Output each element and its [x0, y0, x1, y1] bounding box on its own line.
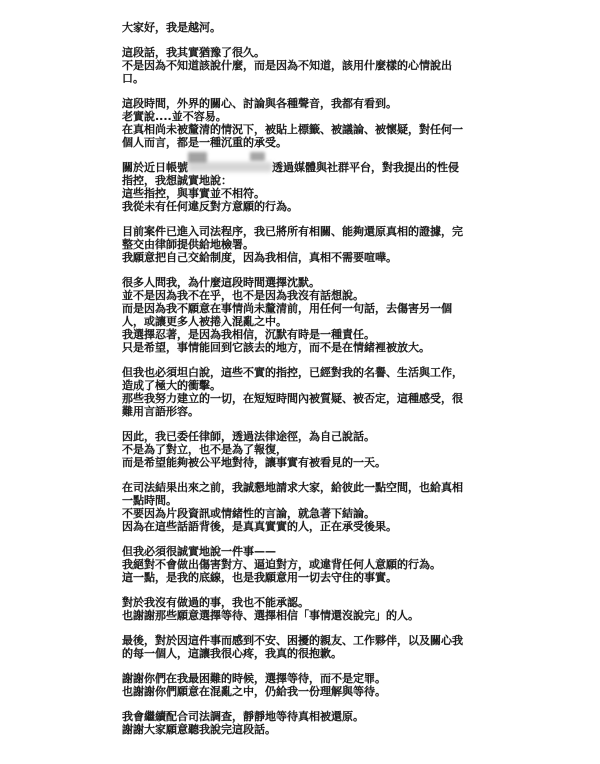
text-line: 因此，我已委任律師，透過法律途徑，為自己說話。: [122, 430, 482, 443]
text-line: 口。: [122, 72, 482, 85]
text-line: 也謝謝那些願意選擇等待、選擇相信「事情還沒說完」的人。: [122, 609, 482, 622]
text-line: 造成了極大的衝擊。: [122, 379, 482, 392]
text-line: 一點時間。: [122, 494, 482, 507]
text-line: 指控，我想誠實地說：: [122, 174, 482, 187]
paragraph-8: 因此，我已委任律師，透過法律途徑，為自己說話。不是為了對立，也不是為了報復，而是…: [122, 430, 482, 469]
statement-document: 大家好，我是越河。這段話，我其實猶豫了很久。不是因為不知道該說什麼，而是因為不知…: [0, 0, 600, 764]
paragraph-9: 在司法結果出來之前，我誠懇地請求大家，給彼此一點空間，也給真相一點時間。不要因為…: [122, 481, 482, 533]
text-line: 而是希望能夠被公平地對待，讓事實有被看見的一天。: [122, 456, 482, 469]
text-line: 個人而言，都是一種沉重的承受。: [122, 136, 482, 149]
text-line: 不是因為不知道該說什麼，而是因為不知道，該用什麼樣的心情說出: [122, 59, 482, 72]
paragraph-2: 這段話，我其實猶豫了很久。不是因為不知道該說什麼，而是因為不知道，該用什麼樣的心…: [122, 46, 482, 85]
text-line: 關於近日帳號透過媒體與社群平台，對我提出的性侵: [122, 161, 482, 174]
text-line: 謝謝大家願意聽我說完這段話。: [122, 723, 482, 736]
text-line: 這些指控，與事實並不相符。: [122, 187, 482, 200]
text-line: 對於我沒有做過的事，我也不能承認。: [122, 596, 482, 609]
paragraph-1: 大家好，我是越河。: [122, 21, 482, 34]
text-line: 難用言語形容。: [122, 405, 482, 418]
text-line: 我會繼續配合司法調查，靜靜地等待真相被還原。: [122, 710, 482, 723]
text-line: 大家好，我是越河。: [122, 21, 482, 34]
statement-text: 大家好，我是越河。這段話，我其實猶豫了很久。不是因為不知道該說什麼，而是因為不知…: [122, 21, 482, 748]
text-line: 我選擇忍著，是因為我相信，沉默有時是一種責任。: [122, 328, 482, 341]
text-line: 而是因為我不願意在事情尚未釐清前，用任何一句話，去傷害另一個: [122, 302, 482, 315]
text-line: 不要因為片段資訊或情緒性的言論，就急著下結論。: [122, 507, 482, 520]
text-line: 的每一個人，這讓我很心疼，我真的很抱歉。: [122, 647, 482, 660]
paragraph-11: 對於我沒有做過的事，我也不能承認。也謝謝那些願意選擇等待、選擇相信「事情還沒說完…: [122, 596, 482, 622]
paragraph-6: 很多人問我，為什麼這段時間選擇沈默。並不是因為我不在乎，也不是因為我沒有話想說。…: [122, 276, 482, 354]
paragraph-13: 謝謝你們在我最困難的時候，選擇等待，而不是定罪。也謝謝你們願意在混亂之中，仍給我…: [122, 672, 482, 698]
paragraph-3: 這段時間，外界的關心、討論與各種聲音，我都有看到。老實說....並不容易。在真相…: [122, 97, 482, 149]
text-line: 只是希望，事情能回到它該去的地方，而不是在情緒裡被放大。: [122, 341, 482, 354]
text-line: 最後，對於因這件事而感到不安、困擾的親友、工作夥伴，以及關心我: [122, 634, 482, 647]
paragraph-14: 我會繼續配合司法調查，靜靜地等待真相被還原。謝謝大家願意聽我說完這段話。: [122, 710, 482, 736]
redacted-account-name: [188, 161, 272, 172]
text-line: 我願意把自己交給制度，因為我相信，真相不需要喧嘩。: [122, 251, 482, 264]
text-line: 那些我努力建立的一切，在短短時間內被質疑、被否定，這種感受，很: [122, 392, 482, 405]
blur-smear: [188, 162, 272, 172]
text-line: 這一點，是我的底線，也是我願意用一切去守住的事實。: [122, 571, 482, 584]
text-line: 不是為了對立，也不是為了報復，: [122, 443, 482, 456]
text-line: 但我也必須坦白說，這些不實的指控，已經對我的名譽、生活與工作，: [122, 366, 482, 379]
text-line: 這段時間，外界的關心、討論與各種聲音，我都有看到。: [122, 97, 482, 110]
text-line: 目前案件已進入司法程序，我已將所有相關、能夠還原真相的證據，完: [122, 225, 482, 238]
text-line: 但我必須很誠實地說一件事——: [122, 545, 482, 558]
text-line: 謝謝你們在我最困難的時候，選擇等待，而不是定罪。: [122, 672, 482, 685]
paragraph-7: 但我也必須坦白說，這些不實的指控，已經對我的名譽、生活與工作，造成了極大的衝擊。…: [122, 366, 482, 418]
text-line: 我絕對不會做出傷害對方、逼迫對方，或違背任何人意願的行為。: [122, 558, 482, 571]
text-line: 在真相尚未被釐清的情況下，被貼上標籤、被議論、被懷疑，對任何一: [122, 123, 482, 136]
text-line: 整交由律師提供給地檢署。: [122, 238, 482, 251]
paragraph-10: 但我必須很誠實地說一件事——我絕對不會做出傷害對方、逼迫對方，或違背任何人意願的…: [122, 545, 482, 584]
paragraph-12: 最後，對於因這件事而感到不安、困擾的親友、工作夥伴，以及關心我的每一個人，這讓我…: [122, 634, 482, 660]
paragraph-4: 關於近日帳號透過媒體與社群平台，對我提出的性侵指控，我想誠實地說：這些指控，與事…: [122, 161, 482, 213]
text-line: 也謝謝你們願意在混亂之中，仍給我一份理解與等待。: [122, 685, 482, 698]
blur-blob: [188, 152, 207, 163]
text-line: 老實說....並不容易。: [122, 110, 482, 123]
text-line: 並不是因為我不在乎，也不是因為我沒有話想說。: [122, 289, 482, 302]
text-line: 因為在這些話語背後，是真真實實的人，正在承受後果。: [122, 520, 482, 533]
text-line: 很多人問我，為什麼這段時間選擇沈默。: [122, 276, 482, 289]
text-line: 這段話，我其實猶豫了很久。: [122, 46, 482, 59]
text-line: 在司法結果出來之前，我誠懇地請求大家，給彼此一點空間，也給真相: [122, 481, 482, 494]
paragraph-5: 目前案件已進入司法程序，我已將所有相關、能夠還原真相的證據，完整交由律師提供給地…: [122, 225, 482, 264]
blur-blob: [250, 152, 265, 161]
text-line: 我從未有任何違反對方意願的行為。: [122, 200, 482, 213]
text-line: 人，或讓更多人被捲入混亂之中。: [122, 315, 482, 328]
